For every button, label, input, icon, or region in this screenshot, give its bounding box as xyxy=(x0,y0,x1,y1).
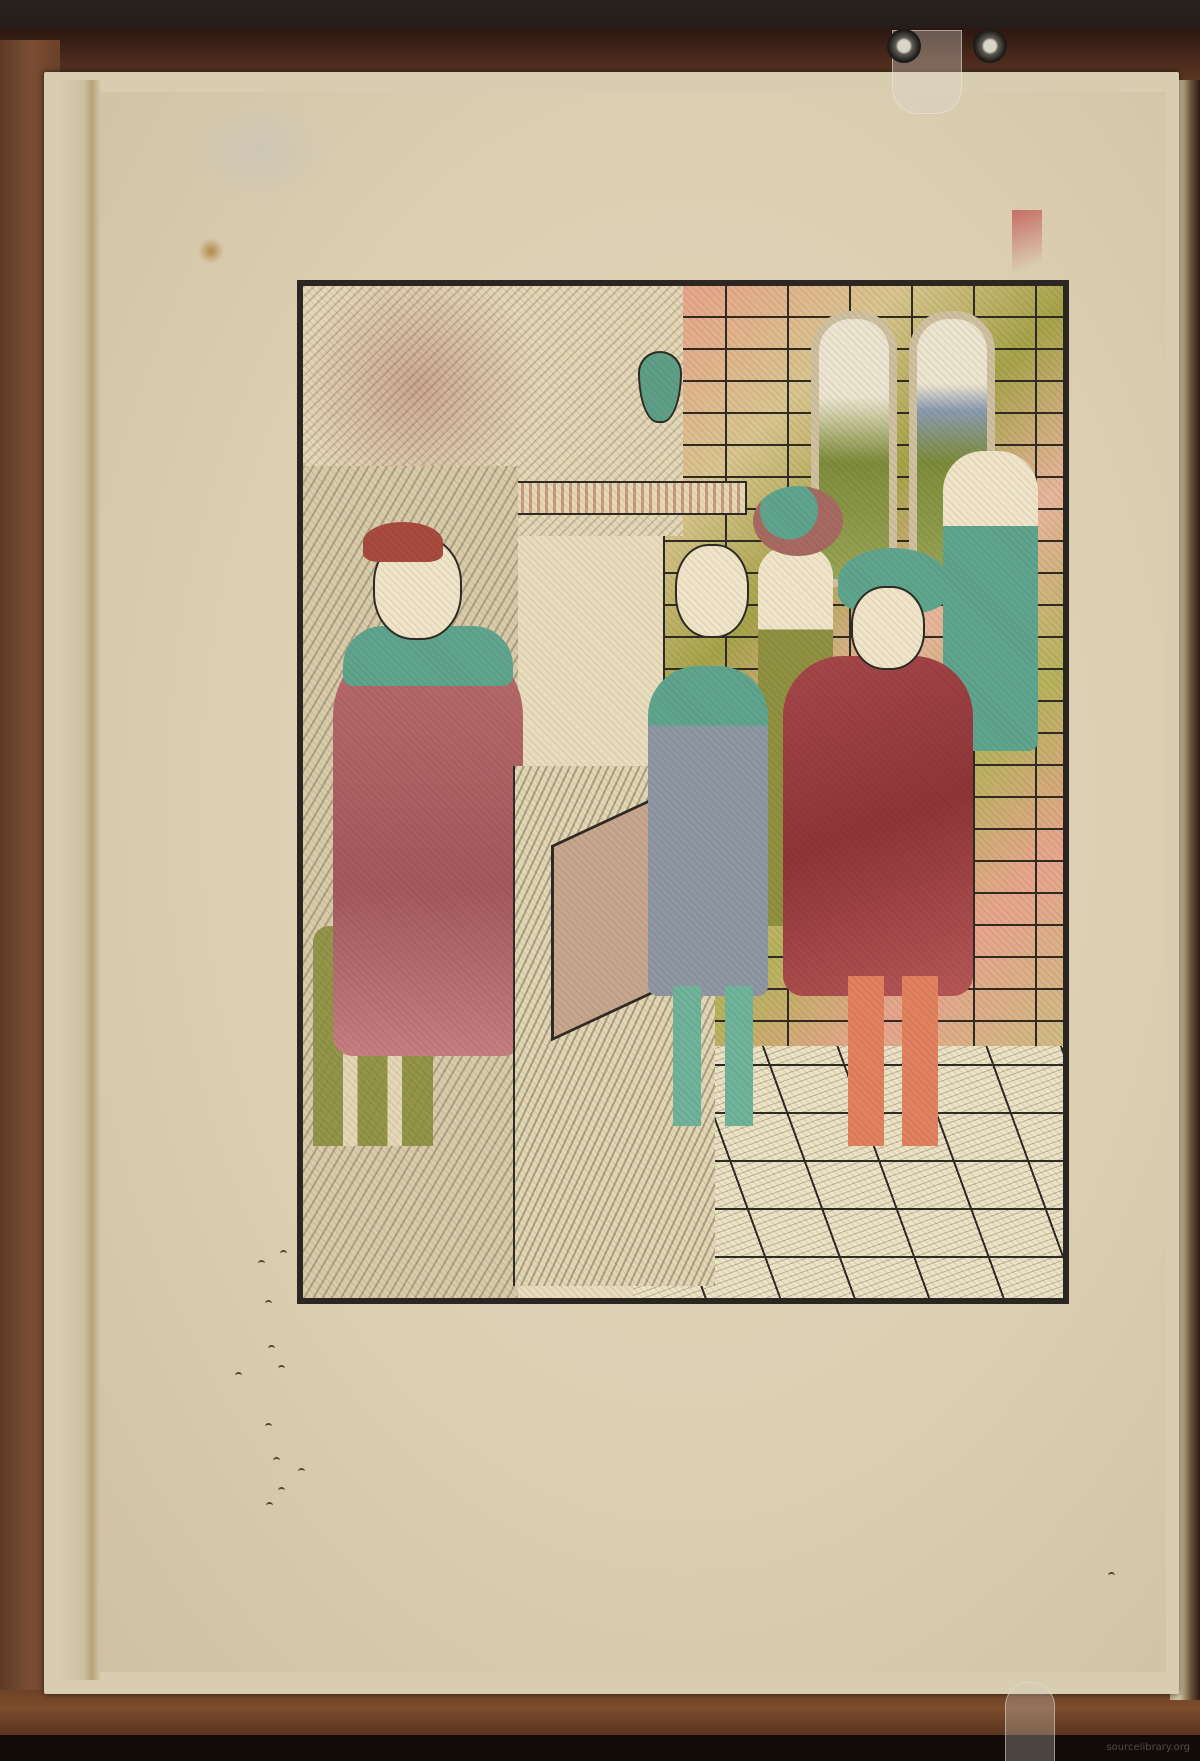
screw-icon xyxy=(887,29,921,63)
page-clip-top xyxy=(892,30,962,114)
foxing-spot xyxy=(198,238,224,264)
scholar-robe xyxy=(333,636,523,1056)
wormhole xyxy=(278,1365,285,1372)
wormhole xyxy=(273,1457,280,1464)
wormhole xyxy=(265,1300,272,1307)
wormhole xyxy=(298,1468,305,1475)
wormhole xyxy=(1108,1572,1115,1579)
page-clip-bottom xyxy=(1005,1682,1055,1761)
youth-orange-hose xyxy=(848,976,938,1146)
wormhole xyxy=(235,1372,242,1379)
wormhole xyxy=(278,1487,285,1494)
figure-youth-red-cloak xyxy=(783,656,973,996)
figure-youth-grey-coat xyxy=(648,666,768,996)
wormhole xyxy=(268,1345,275,1352)
wormhole xyxy=(266,1502,273,1509)
youth-green-hose xyxy=(673,986,753,1126)
wormhole xyxy=(258,1260,265,1267)
book-shelf xyxy=(503,481,747,515)
hand-coloured-woodcut xyxy=(297,280,1069,1304)
turban xyxy=(753,486,843,556)
youth-head xyxy=(851,586,925,670)
wormhole xyxy=(280,1250,287,1257)
red-ink-mark xyxy=(1012,210,1042,280)
water-stain xyxy=(180,90,340,210)
scholar-cap xyxy=(363,522,443,562)
screw-icon xyxy=(973,29,1007,63)
wormhole xyxy=(265,1423,272,1430)
youth-head xyxy=(675,544,749,638)
watermark: sourcelibrary.org xyxy=(1106,1742,1190,1753)
page-gutter-fold xyxy=(60,80,100,1680)
